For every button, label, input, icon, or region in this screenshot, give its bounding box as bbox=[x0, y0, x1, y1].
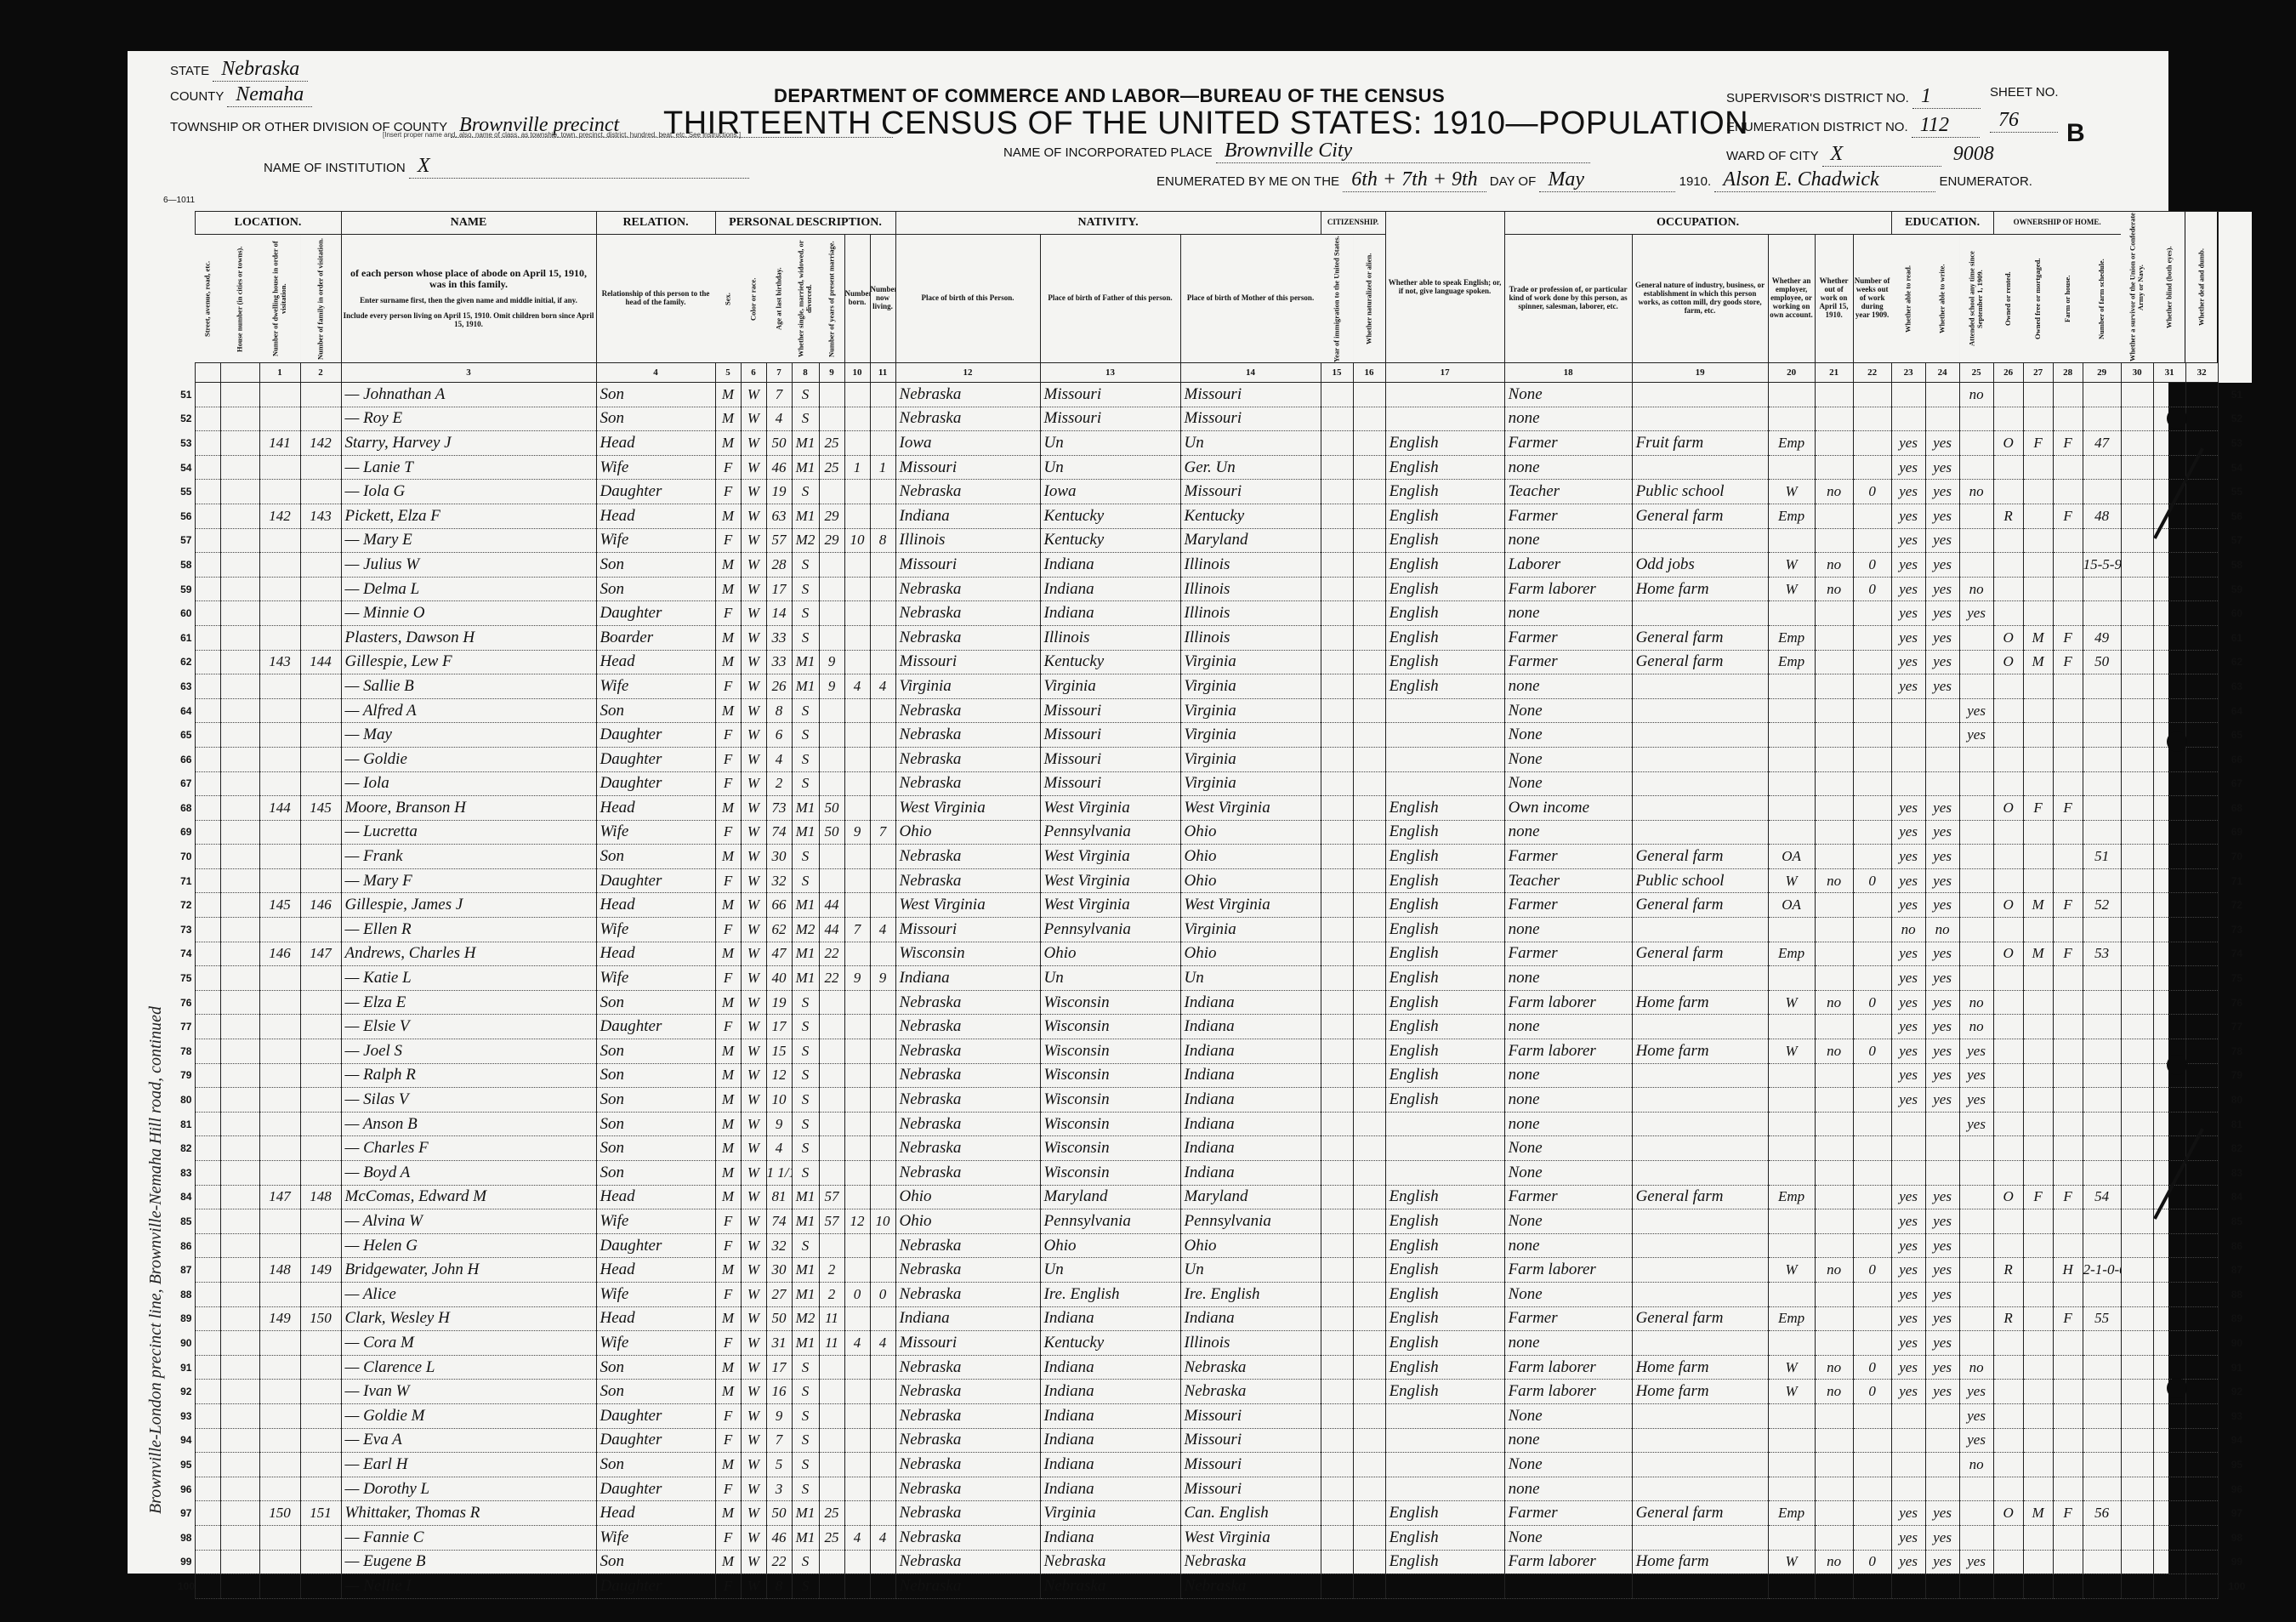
line-number: 78 bbox=[174, 1039, 195, 1064]
cell-own bbox=[1993, 1161, 2023, 1186]
cell-mort bbox=[2023, 723, 2053, 748]
cell-fs bbox=[2083, 1161, 2121, 1186]
cell-deaf bbox=[2185, 1258, 2218, 1283]
line-number-right: 57 bbox=[2218, 528, 2252, 553]
cell-age: 8 bbox=[766, 698, 792, 723]
cell-nat bbox=[1353, 771, 1385, 796]
cell-ym: 25 bbox=[819, 431, 844, 456]
cell-wks: 0 bbox=[1853, 553, 1891, 578]
cell-nat bbox=[1353, 698, 1385, 723]
cell-vet bbox=[2121, 1282, 2153, 1306]
cell-pobm: Virginia bbox=[1180, 771, 1321, 796]
cell-trade: Farm laborer bbox=[1504, 1355, 1632, 1380]
cell-sch bbox=[1959, 1331, 1993, 1356]
cell-name: — Delma L bbox=[341, 577, 596, 601]
cell-pobf: Ire. English bbox=[1040, 1282, 1180, 1306]
cell-fh bbox=[2053, 1403, 2083, 1428]
cell-blind bbox=[2153, 553, 2185, 578]
cell-wr: yes bbox=[1925, 990, 1959, 1015]
table-row: 59— Delma LSonMW17SNebraskaIndianaIllino… bbox=[174, 577, 2252, 601]
cell-living bbox=[870, 868, 895, 893]
cell-mort bbox=[2023, 504, 2053, 528]
cell-pobm: Maryland bbox=[1180, 1185, 1321, 1209]
cell-deaf bbox=[2185, 407, 2218, 431]
cell-ym bbox=[819, 990, 844, 1015]
cell-imm bbox=[1321, 625, 1353, 650]
cell-imm bbox=[1321, 1306, 1353, 1331]
cell-race: W bbox=[741, 1355, 766, 1380]
col-veteran: Whether a survivor of the Union or Confe… bbox=[2121, 212, 2153, 363]
cell-living: 9 bbox=[870, 966, 895, 991]
cell-fam: 142 bbox=[300, 431, 341, 456]
line-number: 62 bbox=[174, 650, 195, 674]
line-number-right: 59 bbox=[2218, 577, 2252, 601]
cell-ym bbox=[819, 1477, 844, 1501]
cell-deaf bbox=[2185, 625, 2218, 650]
cell-mort bbox=[2023, 1039, 2053, 1064]
cell-fs bbox=[2083, 1574, 2121, 1599]
cell-nat bbox=[1353, 1574, 1385, 1599]
cell-house bbox=[220, 966, 259, 991]
cell-wks bbox=[1853, 504, 1891, 528]
cell-pob: Virginia bbox=[895, 674, 1040, 699]
cell-trade: Farmer bbox=[1504, 942, 1632, 966]
cell-rel: Son bbox=[596, 1161, 715, 1186]
cell-ind: Public school bbox=[1632, 868, 1768, 893]
cell-fam: 149 bbox=[300, 1258, 341, 1283]
cell-pob: Missouri bbox=[895, 650, 1040, 674]
cell-fh bbox=[2053, 1015, 2083, 1039]
cell-out: no bbox=[1815, 1355, 1853, 1380]
cell-wks bbox=[1853, 845, 1891, 869]
cell-pob: Nebraska bbox=[895, 845, 1040, 869]
cell-name: — Helen G bbox=[341, 1233, 596, 1258]
cell-ms: S bbox=[792, 1039, 819, 1064]
cell-rel: Daughter bbox=[596, 1477, 715, 1501]
cell-imm bbox=[1321, 1209, 1353, 1234]
cell-race: W bbox=[741, 455, 766, 480]
cell-living bbox=[870, 796, 895, 821]
cell-trade: Farmer bbox=[1504, 431, 1632, 456]
table-row: 66— GoldieDaughterFW4SNebraskaMissouriVi… bbox=[174, 747, 2252, 771]
cell-street bbox=[195, 625, 220, 650]
cell-age: 22 bbox=[766, 1550, 792, 1574]
col-pob-mother: Place of birth of Mother of this person. bbox=[1180, 235, 1321, 363]
cell-rd: yes bbox=[1891, 942, 1925, 966]
cell-age: 81 bbox=[766, 1185, 792, 1209]
cell-trade: Farm laborer bbox=[1504, 577, 1632, 601]
line-number: 99 bbox=[174, 1550, 195, 1574]
cell-trade: Teacher bbox=[1504, 868, 1632, 893]
col-pob-father: Place of birth of Father of this person. bbox=[1040, 235, 1180, 363]
cell-deaf bbox=[2185, 918, 2218, 942]
cell-nat bbox=[1353, 868, 1385, 893]
column-number: 15 bbox=[1321, 363, 1353, 383]
cell-age: 46 bbox=[766, 1525, 792, 1550]
cell-lang bbox=[1385, 698, 1504, 723]
cell-vet bbox=[2121, 1039, 2153, 1064]
cell-pobf: Missouri bbox=[1040, 771, 1180, 796]
cell-race: W bbox=[741, 1574, 766, 1599]
cell-deaf bbox=[2185, 1015, 2218, 1039]
line-number: 81 bbox=[174, 1112, 195, 1136]
cell-cls bbox=[1768, 1428, 1815, 1453]
cell-living bbox=[870, 601, 895, 626]
cell-lang bbox=[1385, 1428, 1504, 1453]
cell-fs bbox=[2083, 1380, 2121, 1404]
cell-sch: yes bbox=[1959, 1112, 1993, 1136]
cell-living bbox=[870, 845, 895, 869]
cell-fh bbox=[2053, 674, 2083, 699]
cell-pobf: Wisconsin bbox=[1040, 1039, 1180, 1064]
cell-sch bbox=[1959, 1282, 1993, 1306]
cell-pobf: Wisconsin bbox=[1040, 1063, 1180, 1088]
line-number: 75 bbox=[174, 966, 195, 991]
cell-vet bbox=[2121, 1550, 2153, 1574]
cell-own bbox=[1993, 1282, 2023, 1306]
cell-age: 50 bbox=[766, 431, 792, 456]
cell-fam bbox=[300, 1282, 341, 1306]
cell-cls bbox=[1768, 1233, 1815, 1258]
line-number-right: 66 bbox=[2218, 747, 2252, 771]
table-row: 63— Sallie BWifeFW26M1944VirginiaVirgini… bbox=[174, 674, 2252, 699]
table-row: 75— Katie LWifeFW40M12299IndianaUnUnEngl… bbox=[174, 966, 2252, 991]
line-number-right: 62 bbox=[2218, 650, 2252, 674]
cell-nat bbox=[1353, 1550, 1385, 1574]
col-color: Color or race. bbox=[741, 235, 766, 363]
cell-ms: S bbox=[792, 1453, 819, 1477]
cell-cls bbox=[1768, 1453, 1815, 1477]
cell-rd: yes bbox=[1891, 820, 1925, 845]
column-number: 10 bbox=[844, 363, 870, 383]
cell-ym bbox=[819, 1039, 844, 1064]
cell-cls bbox=[1768, 383, 1815, 407]
cell-ind bbox=[1632, 796, 1768, 821]
cell-fh: F bbox=[2053, 1306, 2083, 1331]
cell-house bbox=[220, 674, 259, 699]
cell-cls bbox=[1768, 1331, 1815, 1356]
cell-pobf: Wisconsin bbox=[1040, 1088, 1180, 1113]
cell-vet bbox=[2121, 528, 2153, 553]
cell-sch bbox=[1959, 1209, 1993, 1234]
cell-own bbox=[1993, 577, 2023, 601]
cell-trade: Farmer bbox=[1504, 504, 1632, 528]
cell-ym bbox=[819, 1380, 844, 1404]
col-children-living: Number now living. bbox=[870, 235, 895, 363]
cell-sex: F bbox=[715, 480, 741, 504]
cell-cls bbox=[1768, 455, 1815, 480]
cell-pobf: Wisconsin bbox=[1040, 990, 1180, 1015]
cell-race: W bbox=[741, 893, 766, 918]
cell-wks bbox=[1853, 431, 1891, 456]
cell-house bbox=[220, 820, 259, 845]
cell-living bbox=[870, 577, 895, 601]
cell-rel: Son bbox=[596, 1088, 715, 1113]
cell-rd: yes bbox=[1891, 1063, 1925, 1088]
table-row: 79— Ralph RSonMW12SNebraskaWisconsinIndi… bbox=[174, 1063, 2252, 1088]
cell-living: 1 bbox=[870, 455, 895, 480]
cell-nat bbox=[1353, 1282, 1385, 1306]
cell-fs: 48 bbox=[2083, 504, 2121, 528]
cell-mort bbox=[2023, 480, 2053, 504]
cell-rel: Head bbox=[596, 1258, 715, 1283]
cell-name: — Minnie O bbox=[341, 601, 596, 626]
cell-fh bbox=[2053, 1331, 2083, 1356]
cell-name: — Elza E bbox=[341, 990, 596, 1015]
cell-cls: W bbox=[1768, 480, 1815, 504]
cell-sex: F bbox=[715, 820, 741, 845]
census-sheet: STATE Nebraska COUNTY Nemaha TOWNSHIP OR… bbox=[128, 51, 2168, 1574]
cell-blind bbox=[2153, 868, 2185, 893]
cell-born bbox=[844, 480, 870, 504]
cell-pobf: Indiana bbox=[1040, 577, 1180, 601]
cell-ind bbox=[1632, 601, 1768, 626]
cell-living bbox=[870, 407, 895, 431]
cell-ind bbox=[1632, 1161, 1768, 1186]
cell-dw bbox=[259, 820, 300, 845]
cell-living: 0 bbox=[870, 1282, 895, 1306]
cell-wr: no bbox=[1925, 918, 1959, 942]
cell-age: 30 bbox=[766, 845, 792, 869]
cell-trade: Farmer bbox=[1504, 1306, 1632, 1331]
line-number: 92 bbox=[174, 1380, 195, 1404]
cell-blind bbox=[2153, 431, 2185, 456]
table-row: 90— Cora MWifeFW31M11144MissouriKentucky… bbox=[174, 1331, 2252, 1356]
cell-ym bbox=[819, 1453, 844, 1477]
cell-wr: yes bbox=[1925, 431, 1959, 456]
cell-house bbox=[220, 1355, 259, 1380]
cell-blind bbox=[2153, 674, 2185, 699]
cell-pobf: Kentucky bbox=[1040, 528, 1180, 553]
cell-rel: Wife bbox=[596, 1282, 715, 1306]
line-number-right: 52 bbox=[2218, 407, 2252, 431]
line-number: 89 bbox=[174, 1306, 195, 1331]
cell-trade: Farmer bbox=[1504, 1501, 1632, 1526]
line-number-right: 86 bbox=[2218, 1233, 2252, 1258]
cell-pobm: Indiana bbox=[1180, 1063, 1321, 1088]
cell-own: R bbox=[1993, 1258, 2023, 1283]
cell-rel: Son bbox=[596, 577, 715, 601]
cell-rel: Son bbox=[596, 1039, 715, 1064]
cell-ym bbox=[819, 625, 844, 650]
cell-sex: M bbox=[715, 1550, 741, 1574]
group-citizenship: CITIZENSHIP. bbox=[1321, 212, 1385, 235]
cell-born bbox=[844, 553, 870, 578]
cell-trade: None bbox=[1504, 383, 1632, 407]
cell-vet bbox=[2121, 698, 2153, 723]
cell-rd bbox=[1891, 1574, 1925, 1599]
cell-pobf: Pennsylvania bbox=[1040, 918, 1180, 942]
cell-out bbox=[1815, 601, 1853, 626]
cell-cls: W bbox=[1768, 1355, 1815, 1380]
cell-ms: S bbox=[792, 747, 819, 771]
line-number: 82 bbox=[174, 1136, 195, 1161]
cell-out: no bbox=[1815, 1258, 1853, 1283]
cell-fam: 143 bbox=[300, 504, 341, 528]
cell-wr: yes bbox=[1925, 796, 1959, 821]
cell-dw bbox=[259, 1380, 300, 1404]
cell-age: 66 bbox=[766, 893, 792, 918]
cell-born bbox=[844, 1063, 870, 1088]
cell-pob: Nebraska bbox=[895, 480, 1040, 504]
cell-sch: yes bbox=[1959, 601, 1993, 626]
cell-fam: 146 bbox=[300, 893, 341, 918]
cell-age: 32 bbox=[766, 1233, 792, 1258]
cell-sch bbox=[1959, 1574, 1993, 1599]
cell-ms: S bbox=[792, 1380, 819, 1404]
cell-pob: Nebraska bbox=[895, 1574, 1040, 1599]
cell-dw bbox=[259, 990, 300, 1015]
cell-pobm: Indiana bbox=[1180, 1306, 1321, 1331]
cell-wr: yes bbox=[1925, 1355, 1959, 1380]
cell-pob: Nebraska bbox=[895, 723, 1040, 748]
cell-pob: Nebraska bbox=[895, 1233, 1040, 1258]
table-row: 84147148McComas, Edward MHeadMW81M157Ohi… bbox=[174, 1185, 2252, 1209]
cell-age: 1 1/12 bbox=[766, 1161, 792, 1186]
cell-age: 32 bbox=[766, 868, 792, 893]
cell-age: 33 bbox=[766, 650, 792, 674]
cell-out bbox=[1815, 698, 1853, 723]
cell-ym: 2 bbox=[819, 1282, 844, 1306]
cell-trade: Farmer bbox=[1504, 1185, 1632, 1209]
cell-lang bbox=[1385, 407, 1504, 431]
cell-rel: Son bbox=[596, 698, 715, 723]
cell-pobm: Illinois bbox=[1180, 601, 1321, 626]
cell-vet bbox=[2121, 820, 2153, 845]
cell-out bbox=[1815, 1063, 1853, 1088]
cell-lang bbox=[1385, 723, 1504, 748]
cell-blind bbox=[2153, 1233, 2185, 1258]
cell-blind bbox=[2153, 455, 2185, 480]
cell-pobm: Virginia bbox=[1180, 698, 1321, 723]
cell-wks bbox=[1853, 1136, 1891, 1161]
cell-fh bbox=[2053, 966, 2083, 991]
col-farm-house: Farm or house. bbox=[2053, 235, 2083, 363]
cell-sex: M bbox=[715, 1355, 741, 1380]
cell-trade: none bbox=[1504, 1428, 1632, 1453]
cell-ms: M1 bbox=[792, 893, 819, 918]
cell-race: W bbox=[741, 1209, 766, 1234]
cell-trade: None bbox=[1504, 1209, 1632, 1234]
cell-name: — Clarence L bbox=[341, 1355, 596, 1380]
cell-wr: yes bbox=[1925, 1209, 1959, 1234]
cell-wks bbox=[1853, 601, 1891, 626]
cell-own bbox=[1993, 1574, 2023, 1599]
line-number: 68 bbox=[174, 796, 195, 821]
cell-house bbox=[220, 893, 259, 918]
cell-deaf bbox=[2185, 1233, 2218, 1258]
cell-pobm: West Virginia bbox=[1180, 1525, 1321, 1550]
cell-age: 73 bbox=[766, 796, 792, 821]
cell-lang: English bbox=[1385, 1282, 1504, 1306]
cell-ym bbox=[819, 407, 844, 431]
col-sex: Sex. bbox=[715, 235, 741, 363]
cell-fam bbox=[300, 1380, 341, 1404]
cell-dw bbox=[259, 1209, 300, 1234]
cell-pobm: Ger. Un bbox=[1180, 455, 1321, 480]
cell-rd bbox=[1891, 698, 1925, 723]
cell-race: W bbox=[741, 1063, 766, 1088]
line-number: 74 bbox=[174, 942, 195, 966]
cell-pobf: Wisconsin bbox=[1040, 1161, 1180, 1186]
cell-ms: S bbox=[792, 383, 819, 407]
cell-dw bbox=[259, 407, 300, 431]
cell-pob: Nebraska bbox=[895, 601, 1040, 626]
cell-sex: M bbox=[715, 893, 741, 918]
cell-vet bbox=[2121, 383, 2153, 407]
cell-trade: None bbox=[1504, 698, 1632, 723]
cell-fh bbox=[2053, 1525, 2083, 1550]
cell-out bbox=[1815, 407, 1853, 431]
cell-fh bbox=[2053, 601, 2083, 626]
cell-pobm: Illinois bbox=[1180, 625, 1321, 650]
cell-fs bbox=[2083, 528, 2121, 553]
cell-pob: Missouri bbox=[895, 1331, 1040, 1356]
cell-rd: yes bbox=[1891, 1015, 1925, 1039]
cell-ms: M1 bbox=[792, 1258, 819, 1283]
cell-fs bbox=[2083, 1525, 2121, 1550]
cell-lang bbox=[1385, 1403, 1504, 1428]
cell-fam bbox=[300, 1161, 341, 1186]
cell-street bbox=[195, 796, 220, 821]
cell-name: — Roy E bbox=[341, 407, 596, 431]
cell-nat bbox=[1353, 407, 1385, 431]
cell-pobm: Nebraska bbox=[1180, 1355, 1321, 1380]
cell-imm bbox=[1321, 674, 1353, 699]
cell-rd: yes bbox=[1891, 893, 1925, 918]
cell-ind: Home farm bbox=[1632, 1380, 1768, 1404]
cell-trade: None bbox=[1504, 1525, 1632, 1550]
cell-pobm: Virginia bbox=[1180, 723, 1321, 748]
cell-living: 4 bbox=[870, 674, 895, 699]
table-row: 54— Lanie TWifeFW46M12511MissouriUnGer. … bbox=[174, 455, 2252, 480]
cell-sex: M bbox=[715, 1501, 741, 1526]
cell-rel: Wife bbox=[596, 918, 715, 942]
cell-imm bbox=[1321, 431, 1353, 456]
cell-name: Andrews, Charles H bbox=[341, 942, 596, 966]
cell-rel: Wife bbox=[596, 820, 715, 845]
cell-fam bbox=[300, 820, 341, 845]
cell-blind bbox=[2153, 990, 2185, 1015]
line-number: 66 bbox=[174, 747, 195, 771]
cell-blind bbox=[2153, 1574, 2185, 1599]
cell-lang: English bbox=[1385, 918, 1504, 942]
cell-house bbox=[220, 698, 259, 723]
cell-deaf bbox=[2185, 942, 2218, 966]
line-number: 63 bbox=[174, 674, 195, 699]
cell-ym: 2 bbox=[819, 1258, 844, 1283]
cell-cls bbox=[1768, 723, 1815, 748]
cell-trade: Farm laborer bbox=[1504, 1258, 1632, 1283]
line-number-right: 92 bbox=[2218, 1380, 2252, 1404]
cell-street bbox=[195, 1209, 220, 1234]
cell-vet bbox=[2121, 504, 2153, 528]
cell-living bbox=[870, 1088, 895, 1113]
cell-cls bbox=[1768, 1161, 1815, 1186]
cell-living bbox=[870, 1403, 895, 1428]
cell-sex: M bbox=[715, 650, 741, 674]
table-row: 60— Minnie ODaughterFW14SNebraskaIndiana… bbox=[174, 601, 2252, 626]
cell-house bbox=[220, 771, 259, 796]
cell-living bbox=[870, 480, 895, 504]
cell-fam bbox=[300, 1063, 341, 1088]
cell-own: O bbox=[1993, 1501, 2023, 1526]
cell-race: W bbox=[741, 431, 766, 456]
cell-cls bbox=[1768, 771, 1815, 796]
line-number: 58 bbox=[174, 553, 195, 578]
cell-own: O bbox=[1993, 942, 2023, 966]
line-number-right: 60 bbox=[2218, 601, 2252, 626]
